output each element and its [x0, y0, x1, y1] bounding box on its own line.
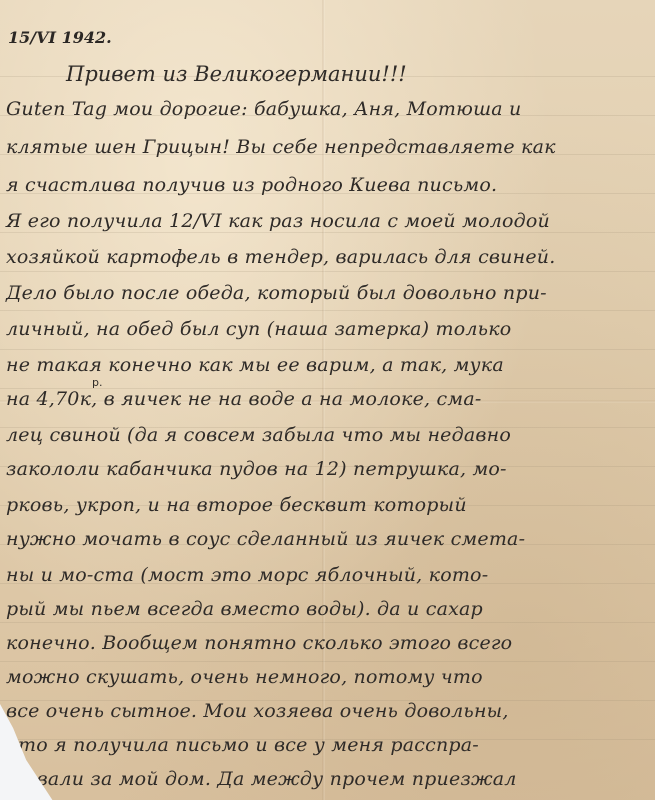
superscript-r: р. — [92, 376, 102, 389]
letter-line-2: клятые шен Грицын! Вы себе непредставляе… — [6, 136, 556, 158]
letter-line-11: закололи кабанчика пудов на 12) петрушка… — [6, 458, 507, 480]
letter-greeting: Привет из Великогермании!!! — [66, 62, 407, 86]
letter-line-16: конечно. Вообщем понятно сколько этого в… — [6, 632, 512, 654]
letter-line-20: шивали за мой дом. Да между прочем приез… — [6, 768, 517, 790]
letter-line-4: Я его получила 12/VI как раз носила с мо… — [6, 210, 550, 232]
letter-line-7: личный, на обед был суп (наша затерка) т… — [6, 318, 511, 340]
letter-line-17: можно скушать, очень немного, потому что — [6, 666, 483, 688]
letter-line-6: Дело было после обеда, который был довол… — [6, 282, 547, 304]
letter-line-14: ны и мо-ста (мост это морс яблочный, кот… — [6, 564, 488, 586]
letter-line-9: на 4,70к, в яичек не на воде а на молоке… — [6, 388, 481, 410]
letter-line-13: нужно мочать в соус сделанный из яичек с… — [6, 528, 525, 550]
letter-line-12: рковь, укроп, и на второе бесквит которы… — [6, 494, 467, 516]
letter-page: 15/VI 1942. Привет из Великогермании!!! … — [0, 0, 655, 800]
letter-line-18: все очень сытное. Мои хозяева очень дово… — [6, 700, 509, 722]
letter-line-19: что я получила письмо и все у меня рассп… — [6, 734, 479, 756]
letter-date: 15/VI 1942. — [8, 28, 112, 47]
letter-line-10: лец свиной (да я совсем забыла что мы не… — [6, 424, 511, 446]
letter-line-15: рый мы пьем всегда вместо воды). да и са… — [6, 598, 483, 620]
letter-line-8: не такая конечно как мы ее варим, а так,… — [6, 354, 504, 376]
letter-line-5: хозяйкой картофель в тендер, варилась дл… — [6, 246, 555, 268]
letter-line-1: Guten Tag мои дорогие: бабушка, Аня, Мот… — [6, 98, 521, 120]
letter-line-3: я счастлива получив из родного Киева пис… — [6, 174, 497, 196]
